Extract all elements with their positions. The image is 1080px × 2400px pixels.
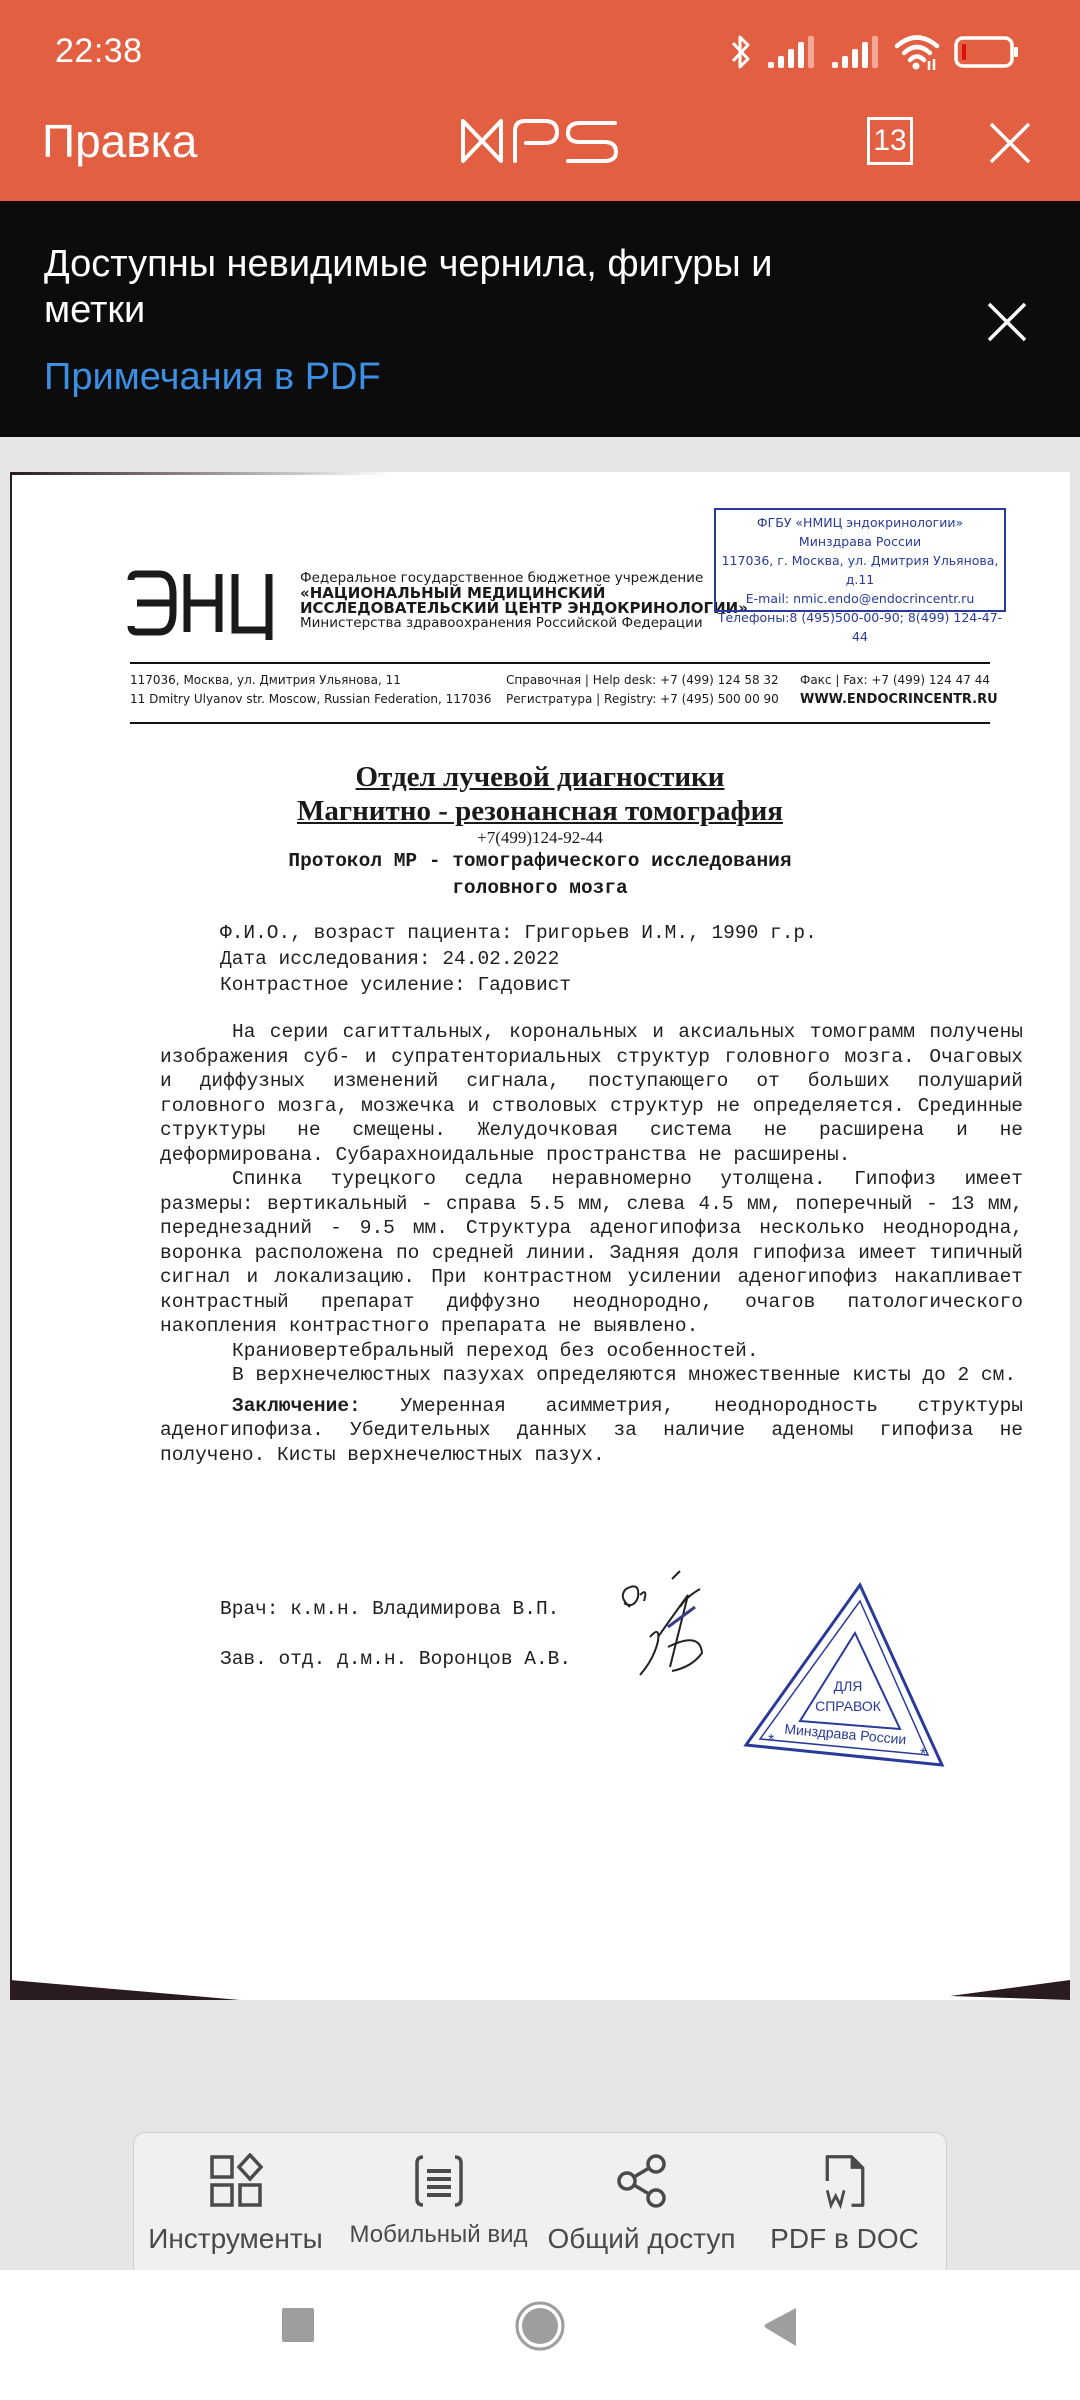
wps-logo [460, 117, 620, 165]
report-body: На серии сагиттальных, корональных и акс… [160, 1020, 1023, 1467]
app-bar: 22:38 Правка 13 [0, 0, 1080, 201]
mobile-view-button[interactable]: Мобильный вид [337, 2133, 540, 2272]
system-nav-bar [0, 2270, 1080, 2400]
signal-icon [830, 35, 880, 69]
scan-edge [10, 1980, 1070, 2000]
phone-block: Справочная | Help desk: +7 (499) 124 58 … [506, 671, 779, 709]
document-title: Отдел лучевой диагностики Магнитно - рез… [10, 760, 1070, 902]
conclusion: Заключение: Умеренная асимметрия, неодно… [160, 1394, 1023, 1468]
organization-name: Федеральное государственное бюджетное уч… [300, 571, 748, 631]
divider [130, 662, 990, 664]
report-paragraph: На серии сагиттальных, корональных и акс… [160, 1020, 1023, 1167]
official-stamp: ДЛЯ СПРАВОК Минздрава России * * [740, 1577, 950, 1777]
address-block: 117036, Москва, ул. Дмитрия Ульянова, 11… [130, 671, 491, 709]
pdf-to-doc-button[interactable]: PDF в DOC [743, 2133, 946, 2272]
share-button[interactable]: Общий доступ [540, 2133, 743, 2272]
tools-grid-icon [208, 2153, 264, 2209]
department-heading: Отдел лучевой диагностики [10, 760, 1070, 794]
close-icon[interactable] [985, 118, 1035, 168]
bluetooth-icon [730, 32, 752, 72]
fax-web-block: Факс | Fax: +7 (499) 124 47 44 WWW.ENDOC… [800, 671, 998, 709]
enc-logo [127, 570, 287, 640]
modality-heading: Магнитно - резонансная томография [10, 794, 1070, 828]
report-paragraph: Краниовертебральный переход без особенно… [160, 1339, 1023, 1364]
protocol-subtitle: головного мозга [10, 875, 1070, 902]
conclusion-label: Заключение: [232, 1395, 361, 1417]
page-count-button[interactable]: 13 [867, 117, 913, 165]
home-icon[interactable] [514, 2300, 566, 2352]
signatures: Врач: к.м.н. Владимирова В.П. Зав. отд. … [220, 1584, 571, 1684]
battery-low-icon [954, 35, 1020, 69]
svg-text:*: * [768, 1732, 774, 1749]
svg-text:ДЛЯ: ДЛЯ [834, 1678, 863, 1694]
address-stamp: ФГБУ «НМИЦ эндокринологии» Минздрава Рос… [714, 508, 1006, 612]
close-icon[interactable] [984, 299, 1030, 345]
notice-banner: Доступны невидимые чернила, фигуры и мет… [0, 201, 1080, 437]
signal-icon [766, 35, 816, 69]
share-icon [614, 2153, 670, 2209]
patient-name: Ф.И.О., возраст пациента: Григорьев И.М.… [220, 920, 817, 946]
divider [130, 722, 990, 724]
tools-button[interactable]: Инструменты [134, 2133, 337, 2272]
report-paragraph: В верхнечелюстных пазухах определяются м… [160, 1363, 1023, 1388]
handwritten-signature [610, 1567, 740, 1697]
protocol-title: Протокол МР - томографического исследова… [10, 848, 1070, 875]
contrast-agent: Контрастное усиление: Гадовист [220, 972, 817, 998]
tools-label: Инструменты [148, 2223, 323, 2255]
status-icons [730, 30, 1020, 74]
notice-message: Доступны невидимые чернила, фигуры и мет… [44, 241, 844, 333]
svg-text:СПРАВОК: СПРАВОК [815, 1698, 882, 1714]
patient-info: Ф.И.О., возраст пациента: Григорьев И.М.… [220, 920, 817, 998]
scan-edge [10, 472, 12, 2000]
share-label: Общий доступ [547, 2223, 735, 2255]
pdf-annotations-link[interactable]: Примечания в PDF [44, 356, 381, 399]
department-phone: +7(499)124-92-44 [10, 828, 1070, 848]
head-of-department-name: Зав. отд. д.м.н. Воронцов А.В. [220, 1634, 571, 1684]
doctor-name: Врач: к.м.н. Владимирова В.П. [220, 1584, 571, 1634]
wifi-icon [894, 33, 940, 71]
report-paragraph: Спинка турецкого седла неравномерно утол… [160, 1167, 1023, 1339]
edit-menu-button[interactable]: Правка [42, 114, 197, 168]
svg-text:*: * [920, 1746, 926, 1763]
bottom-toolbar: Инструменты Мобильный вид Общий доступ P… [133, 2132, 947, 2272]
recents-icon[interactable] [280, 2306, 316, 2346]
mobile-view-label: Мобильный вид [349, 2221, 527, 2249]
pdf-to-doc-label: PDF в DOC [770, 2223, 919, 2255]
status-time: 22:38 [55, 32, 143, 71]
mobile-view-icon [411, 2153, 467, 2209]
document-page[interactable]: Федеральное государственное бюджетное уч… [10, 472, 1070, 2000]
pdf-to-doc-icon [820, 2153, 870, 2209]
back-icon[interactable] [762, 2306, 798, 2348]
exam-date: Дата исследования: 24.02.2022 [220, 946, 817, 972]
scan-edge [10, 472, 390, 475]
